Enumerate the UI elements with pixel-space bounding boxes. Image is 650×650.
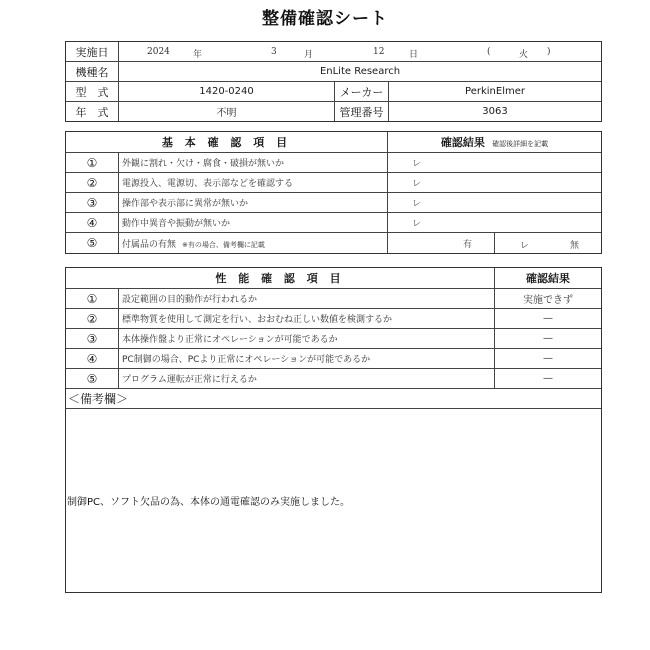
date-paren-close: ) bbox=[547, 47, 551, 57]
item-text-cell: 付属品の有無※有の場合、備考欄に記載 bbox=[119, 233, 388, 254]
item-text: 標準物質を使用して測定を行い、おおむね正しい数値を検測するか bbox=[119, 309, 495, 329]
date-label: 実施日 bbox=[66, 42, 119, 62]
item-number: ② bbox=[66, 173, 119, 193]
maker-value[interactable]: PerkinElmer bbox=[389, 82, 602, 102]
accessory-none-cell[interactable]: レ 無 bbox=[495, 233, 602, 254]
item-text: 動作中異音や振動が無いか bbox=[119, 213, 388, 233]
maker-label: メーカー bbox=[335, 82, 389, 102]
year-value[interactable]: 不明 bbox=[119, 102, 335, 122]
item-number: ⑤ bbox=[66, 233, 119, 254]
item-number: ① bbox=[66, 153, 119, 173]
result-value[interactable]: — bbox=[495, 329, 602, 349]
basic-result-header: 確認結果 確認後詳細を記載 bbox=[388, 132, 602, 153]
performance-check-table: 性 能 確 認 項 目 確認結果 ① 設定範囲の目的動作が行われるか 実施できず… bbox=[65, 267, 602, 593]
date-year-unit: 年 bbox=[193, 47, 202, 60]
item-number: ④ bbox=[66, 349, 119, 369]
date-weekday: 火 bbox=[519, 47, 528, 60]
item-text: 電源投入、電源切、表示部などを確認する bbox=[119, 173, 388, 193]
remarks-text[interactable]: 制御PC、ソフト欠品の為、本体の通電確認のみ実施しました。 bbox=[66, 409, 602, 593]
basic-check-row: ④ 動作中異音や振動が無いか レ bbox=[66, 213, 602, 233]
item-text: PC制御の場合、PCより正常にオペレーションが可能であるか bbox=[119, 349, 495, 369]
accessory-none-check: レ bbox=[520, 238, 529, 251]
date-day-unit: 日 bbox=[409, 47, 418, 60]
performance-check-row: ⑤ プログラム運転が正常に行えるか — bbox=[66, 369, 602, 389]
accessory-has-label: 有 bbox=[463, 240, 472, 250]
item-number: ③ bbox=[66, 193, 119, 213]
result-value[interactable]: — bbox=[495, 309, 602, 329]
item-text: 付属品の有無 bbox=[122, 240, 176, 250]
date-month-unit: 月 bbox=[304, 47, 313, 60]
year-label: 年 式 bbox=[66, 102, 119, 122]
performance-check-row: ④ PC制御の場合、PCより正常にオペレーションが可能であるか — bbox=[66, 349, 602, 369]
item-text: 本体操作盤より正常にオペレーションが可能であるか bbox=[119, 329, 495, 349]
date-month: 3 bbox=[271, 47, 277, 57]
model-name-label: 機種名 bbox=[66, 62, 119, 82]
item-text: 操作部や表示部に異常が無いか bbox=[119, 193, 388, 213]
mgmt-no-label: 管理番号 bbox=[335, 102, 389, 122]
info-table: 実施日 2024 年 3 月 12 日 ( 火 ) 機種名 EnLite Res… bbox=[65, 41, 602, 122]
result-check[interactable]: レ bbox=[388, 173, 602, 193]
item-number: ③ bbox=[66, 329, 119, 349]
date-paren-open: ( bbox=[487, 47, 491, 57]
basic-check-row: ② 電源投入、電源切、表示部などを確認する レ bbox=[66, 173, 602, 193]
result-check[interactable]: レ bbox=[388, 153, 602, 173]
performance-check-row: ③ 本体操作盤より正常にオペレーションが可能であるか — bbox=[66, 329, 602, 349]
page-title: 整備確認シート bbox=[0, 4, 650, 29]
item-text: プログラム運転が正常に行えるか bbox=[119, 369, 495, 389]
basic-check-table: 基 本 確 認 項 目 確認結果 確認後詳細を記載 ① 外観に割れ・欠け・腐食・… bbox=[65, 131, 602, 254]
type-value[interactable]: 1420-0240 bbox=[119, 82, 335, 102]
result-value[interactable]: 実施できず bbox=[495, 289, 602, 309]
remarks-header: ＜備考欄＞ bbox=[66, 389, 602, 409]
basic-check-row: ⑤ 付属品の有無※有の場合、備考欄に記載 有 レ 無 bbox=[66, 233, 602, 254]
result-check[interactable]: レ bbox=[388, 213, 602, 233]
type-label: 型 式 bbox=[66, 82, 119, 102]
item-text: 設定範囲の目的動作が行われるか bbox=[119, 289, 495, 309]
result-value[interactable]: — bbox=[495, 349, 602, 369]
accessory-has-cell[interactable]: 有 bbox=[388, 233, 495, 254]
mgmt-no-value[interactable]: 3063 bbox=[389, 102, 602, 122]
item-note: ※有の場合、備考欄に記載 bbox=[182, 241, 265, 249]
date-day: 12 bbox=[373, 47, 384, 57]
date-field[interactable]: 2024 年 3 月 12 日 ( 火 ) bbox=[119, 42, 602, 62]
basic-result-header-note: 確認後詳細を記載 bbox=[492, 140, 548, 148]
performance-check-header: 性 能 確 認 項 目 bbox=[66, 268, 495, 289]
performance-result-header: 確認結果 bbox=[495, 268, 602, 289]
performance-check-row: ② 標準物質を使用して測定を行い、おおむね正しい数値を検測するか — bbox=[66, 309, 602, 329]
basic-check-row: ① 外観に割れ・欠け・腐食・破損が無いか レ bbox=[66, 153, 602, 173]
result-check[interactable]: レ bbox=[388, 193, 602, 213]
performance-check-row: ① 設定範囲の目的動作が行われるか 実施できず bbox=[66, 289, 602, 309]
item-number: ⑤ bbox=[66, 369, 119, 389]
item-number: ① bbox=[66, 289, 119, 309]
date-year: 2024 bbox=[147, 47, 170, 57]
item-text: 外観に割れ・欠け・腐食・破損が無いか bbox=[119, 153, 388, 173]
basic-check-header: 基 本 確 認 項 目 bbox=[66, 132, 388, 153]
basic-check-row: ③ 操作部や表示部に異常が無いか レ bbox=[66, 193, 602, 213]
item-number: ② bbox=[66, 309, 119, 329]
model-name-value[interactable]: EnLite Research bbox=[119, 62, 602, 82]
item-number: ④ bbox=[66, 213, 119, 233]
result-value[interactable]: — bbox=[495, 369, 602, 389]
basic-result-header-label: 確認結果 bbox=[441, 136, 485, 149]
accessory-none-label: 無 bbox=[570, 238, 579, 251]
